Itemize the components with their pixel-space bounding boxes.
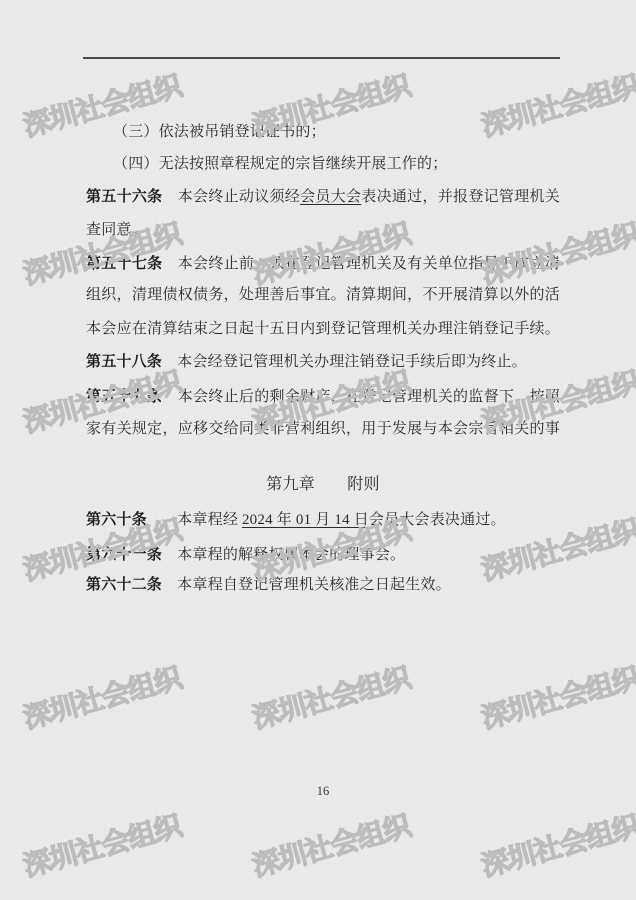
text-segment: 本会经登记管理机关办理注销登记手续后即为终止。 — [162, 354, 527, 370]
text-segment: 第九章 附则 — [266, 476, 379, 493]
document-line-continuation: 查同意。 — [86, 219, 560, 241]
watermark-text: 深圳社会组织 — [21, 813, 185, 882]
page-number: 16 — [86, 783, 560, 799]
watermark: 深圳社会组织 — [257, 812, 409, 882]
text-segment: 查同意。 — [86, 222, 147, 238]
watermark-text: 深圳社会组织 — [250, 813, 414, 882]
document-line-continuation: 组织，清理债权债务，处理善后事宜。清算期间，不开展清算以外的活动。 — [86, 284, 560, 306]
document-line-clause: 第五十九条 本会终止后的剩余财产，在登记管理机关的监督下，按照国 — [86, 386, 560, 408]
text-segment: （四）无法按照章程规定的宗旨继续开展工作的； — [113, 156, 447, 172]
text-segment: 第五十六条 — [86, 189, 162, 205]
text-segment: 本章程的解释权属本会的理事会。 — [162, 547, 405, 563]
text-segment: 第五十七条 — [86, 256, 162, 272]
text-segment: 会员大会 — [300, 189, 361, 205]
watermark-text: 深圳社会组织 — [21, 665, 185, 734]
text-segment: 第六十二条 — [86, 577, 162, 593]
watermark: 深圳社会组织 — [486, 664, 636, 734]
document-line-clause: 第六十二条 本章程自登记管理机关核准之日起生效。 — [86, 574, 560, 596]
header-rule — [83, 57, 560, 59]
document-line-clause: 第五十六条 本会终止动议须经会员大会表决通过，并报登记管理机关审 — [86, 186, 560, 208]
document-line-clause: 第六十一条 本章程的解释权属本会的理事会。 — [86, 544, 560, 566]
text-segment: 第五十八条 — [86, 354, 162, 370]
document-line-clause: 第五十八条 本会经登记管理机关办理注销登记手续后即为终止。 — [86, 351, 560, 373]
text-segment: 第六十一条 — [86, 547, 162, 563]
text-segment: 本会应在清算结束之日起十五日内到登记管理机关办理注销登记手续。 — [86, 321, 560, 337]
watermark-text: 深圳社会组织 — [479, 813, 636, 882]
watermark: 深圳社会组织 — [486, 812, 636, 882]
text-segment: 本会终止动议须经 — [162, 189, 300, 205]
document-page: （三）依法被吊销登记证书的；（四）无法按照章程规定的宗旨继续开展工作的；第五十六… — [0, 0, 636, 900]
text-segment: 家有关规定，应移交给同类非营利组织，用于发展与本会宗旨相关的事业。 — [86, 421, 560, 440]
document-line-clause: 第五十七条 本会终止前，须在登记管理机关及有关单位指导下成立清算 — [86, 253, 560, 275]
watermark: 深圳社会组织 — [28, 812, 180, 882]
watermark-text: 深圳社会组织 — [479, 665, 636, 734]
watermark: 深圳社会组织 — [28, 664, 180, 734]
watermark: 深圳社会组织 — [257, 664, 409, 734]
text-segment: （三）依法被吊销登记证书的； — [113, 124, 326, 140]
text-segment: 组织，清理债权债务，处理善后事宜。清算期间，不开展清算以外的活动。 — [86, 287, 560, 306]
document-line-continuation: 本会应在清算结束之日起十五日内到登记管理机关办理注销登记手续。 — [86, 318, 560, 340]
document-line-continuation: 家有关规定，应移交给同类非营利组织，用于发展与本会宗旨相关的事业。 — [86, 418, 560, 440]
document-line-heading: 第九章 附则 — [86, 474, 560, 496]
text-segment: 2024 年 01 月 14 日 — [242, 512, 369, 528]
watermark-text: 深圳社会组织 — [250, 665, 414, 734]
document-line-clause: 第六十条 本章程经 2024 年 01 月 14 日会员大会表决通过。 — [86, 509, 560, 531]
text-segment: 会员大会表决通过。 — [369, 512, 506, 528]
document-line-list-item: （三）依法被吊销登记证书的； — [86, 121, 560, 143]
document-line-list-item: （四）无法按照章程规定的宗旨继续开展工作的； — [86, 153, 560, 175]
text-segment: 本章程经 — [147, 512, 242, 528]
text-segment: 第六十条 — [86, 512, 147, 528]
text-segment: 第五十九条 — [86, 389, 162, 405]
text-segment: 本章程自登记管理机关核准之日起生效。 — [162, 577, 451, 593]
